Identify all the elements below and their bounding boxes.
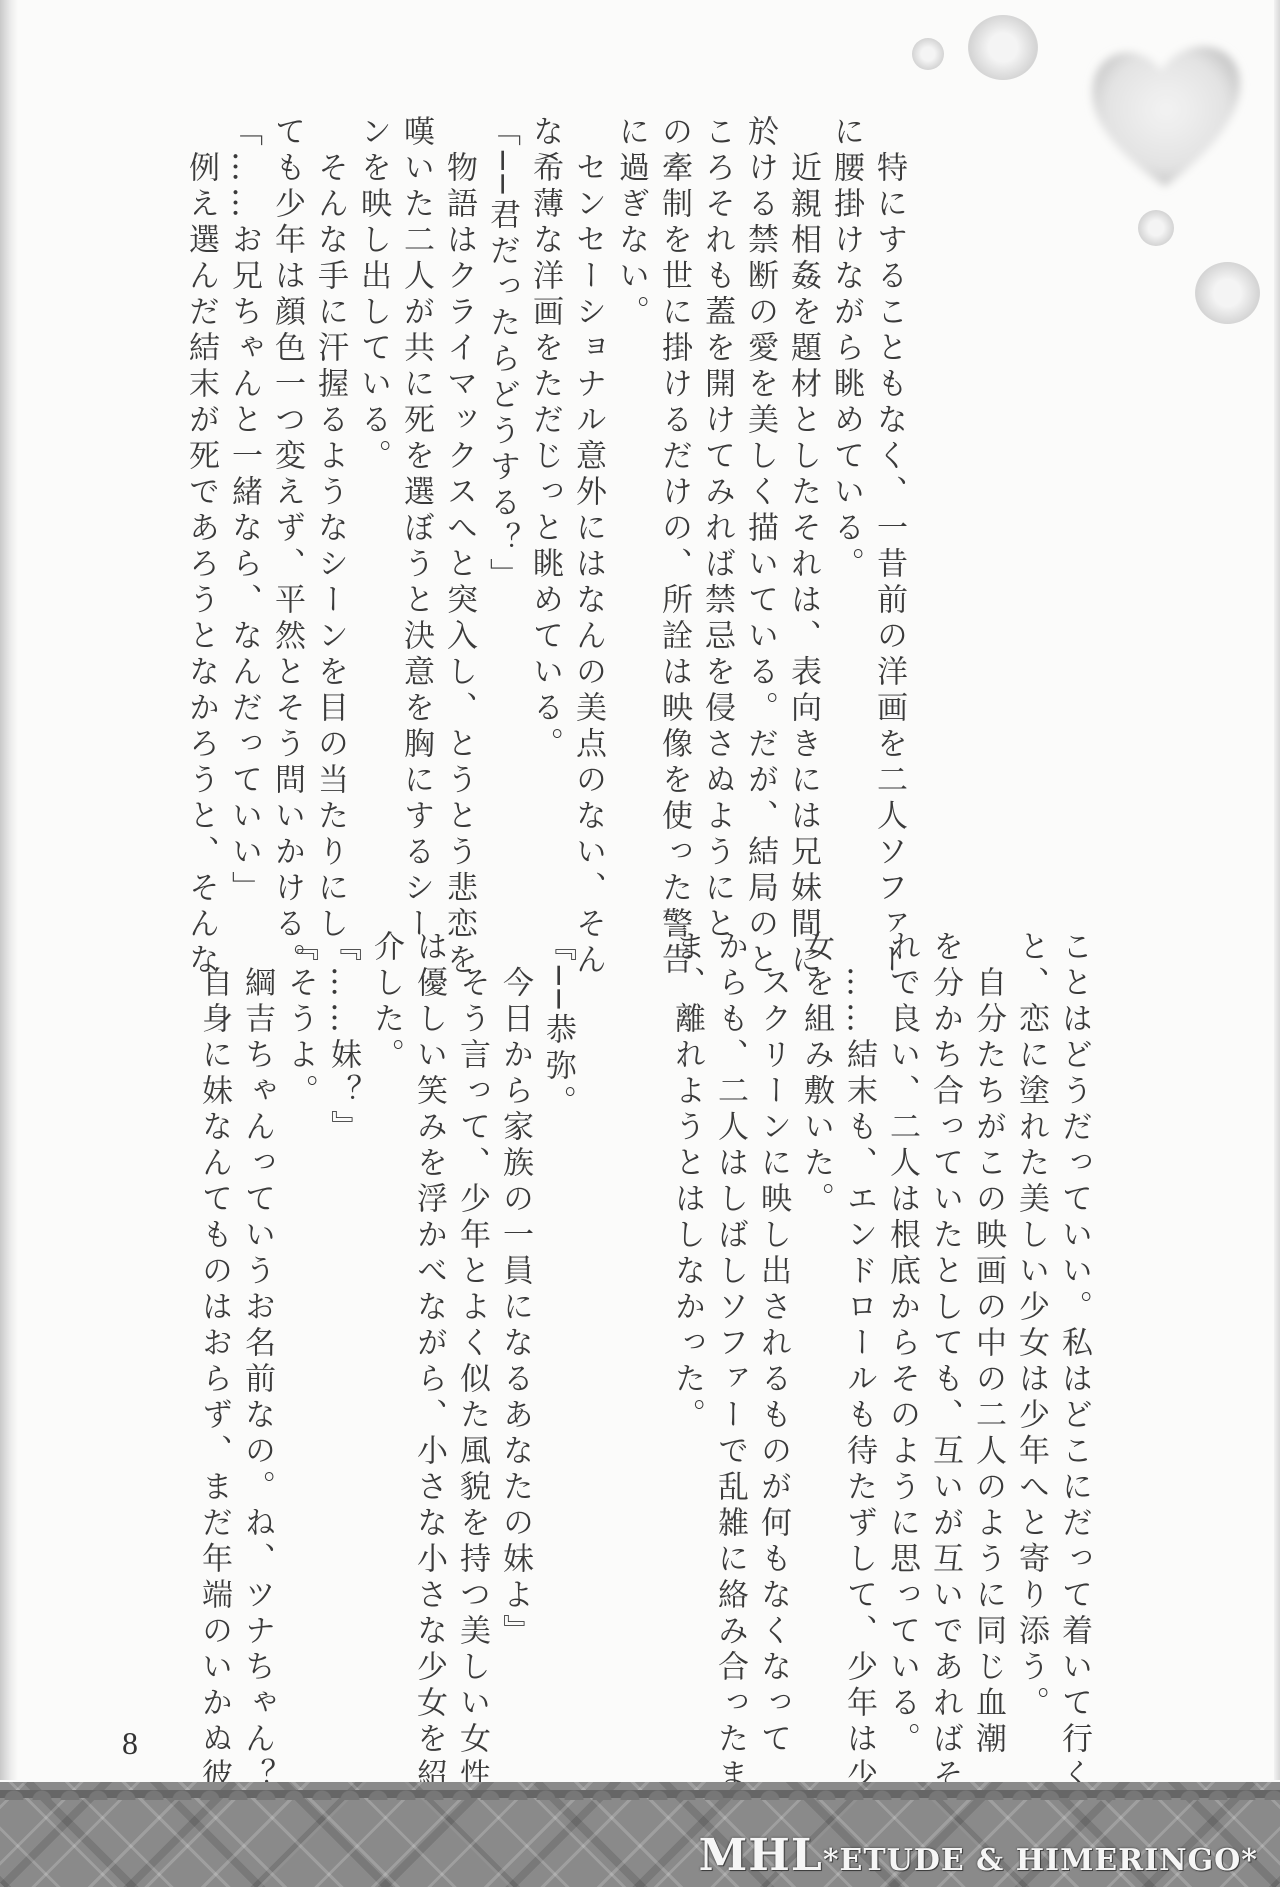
text-line: は優しい笑みを浮かべながら、小さな小さな少女を紹 bbox=[407, 930, 450, 1680]
scene-break bbox=[579, 930, 622, 1680]
text-line: 『──恭弥。 bbox=[536, 930, 579, 1680]
text-line: 近親相姦を題材としたそれは、表向きには兄妹間に bbox=[781, 115, 824, 835]
text-line: ……結末も、エンドロールも待たずして、少年は少 bbox=[837, 930, 880, 1680]
text-line: 介した。 bbox=[364, 930, 407, 1680]
decor-blob-small bbox=[912, 38, 944, 70]
page-spine-shadow bbox=[0, 0, 18, 1780]
text-line: 女を組み敷いた。 bbox=[794, 930, 837, 1680]
text-line: と、恋に塗れた美しい少女は少年へと寄り添う。 bbox=[1009, 930, 1052, 1680]
text-line: ま、離れようとはしなかった。 bbox=[665, 930, 708, 1680]
text-line: 『……妹？』 bbox=[321, 930, 364, 1680]
text-line: の牽制を世に掛けるだけの、所詮は映像を使った警告 bbox=[652, 115, 695, 835]
text-line: 例え選んだ結末が死であろうとなかろうと、そんな bbox=[179, 115, 222, 835]
footer-title: MHL*ETUDE & HIMERINGO* bbox=[699, 1830, 1258, 1881]
decor-blob-small-2 bbox=[1138, 210, 1174, 246]
text-block-top: 特にすることもなく、一昔前の洋画を二人ソファー に腰掛けながら眺めている。 近親… bbox=[179, 115, 910, 835]
text-line: センセーショナル意外にはなんの美点のない、そん bbox=[566, 115, 609, 835]
text-line: 自身に妹なんてものはおらず、まだ年端のいかぬ彼 bbox=[192, 930, 235, 1680]
page-number: 8 bbox=[122, 1725, 138, 1762]
footer-title-main: MHL bbox=[699, 1830, 823, 1881]
text-line: 特にすることもなく、一昔前の洋画を二人ソファー bbox=[867, 115, 910, 835]
footer-banner: MHL*ETUDE & HIMERINGO* bbox=[0, 1782, 1280, 1887]
text-line: 綱吉ちゃんっていうお名前なの。ね、ツナちゃん？』 bbox=[235, 930, 278, 1680]
text-line: れで良い、二人は根底からそのように思っている。 bbox=[880, 930, 923, 1680]
text-line: スクリーンに映し出されるものが何もなくなって bbox=[751, 930, 794, 1680]
text-line: 物語はクライマックスへと突入し、とうとう悲恋を bbox=[437, 115, 480, 835]
lace-trim bbox=[0, 1760, 1280, 1800]
page-edge bbox=[1274, 0, 1280, 1780]
decor-blob-medium-2 bbox=[1195, 262, 1260, 324]
text-line: 「……お兄ちゃんと一緒なら、なんだっていい」 bbox=[222, 115, 265, 835]
text-line: 「──君だったらどうする？」 bbox=[480, 115, 523, 835]
text-line: に腰掛けながら眺めている。 bbox=[824, 115, 867, 835]
text-line: そう言って、少年とよく似た風貌を持つ美しい女性 bbox=[450, 930, 493, 1680]
text-line: からも、二人はしばしソファーで乱雑に絡み合ったま bbox=[708, 930, 751, 1680]
text-line: 於ける禁断の愛を美しく描いている。だが、結局のと bbox=[738, 115, 781, 835]
text-line: を分かち合っていたとしても、互いが互いであればそ bbox=[923, 930, 966, 1680]
text-line: 今日から家族の一員になるあなたの妹よ』 bbox=[493, 930, 536, 1680]
decor-heart-icon bbox=[1075, 30, 1255, 200]
text-block-bottom: ことはどうだっていい。私はどこにだって着いて行く と、恋に塗れた美しい少女は少年… bbox=[192, 930, 1095, 1680]
text-line: 自分たちがこの映画の中の二人のように同じ血潮 bbox=[966, 930, 1009, 1680]
text-line: ことはどうだっていい。私はどこにだって着いて行く bbox=[1052, 930, 1095, 1680]
footer-title-sub: *ETUDE & HIMERINGO* bbox=[823, 1843, 1258, 1878]
text-line: 『そうよ。 bbox=[278, 930, 321, 1680]
text-line: ころそれも蓋を開けてみれば禁忌を侵さぬようにと bbox=[695, 115, 738, 835]
decor-blob-medium bbox=[968, 15, 1038, 80]
text-line: 嘆いた二人が共に死を選ぼうと決意を胸にするシー bbox=[394, 115, 437, 835]
text-line: ンを映し出している。 bbox=[351, 115, 394, 835]
text-line: に過ぎない。 bbox=[609, 115, 652, 835]
text-line: そんな手に汗握るようなシーンを目の当たりにし bbox=[308, 115, 351, 835]
text-line: な希薄な洋画をただじっと眺めている。 bbox=[523, 115, 566, 835]
scene-break bbox=[622, 930, 665, 1680]
text-line: ても少年は顔色一つ変えず、平然とそう問いかける。 bbox=[265, 115, 308, 835]
